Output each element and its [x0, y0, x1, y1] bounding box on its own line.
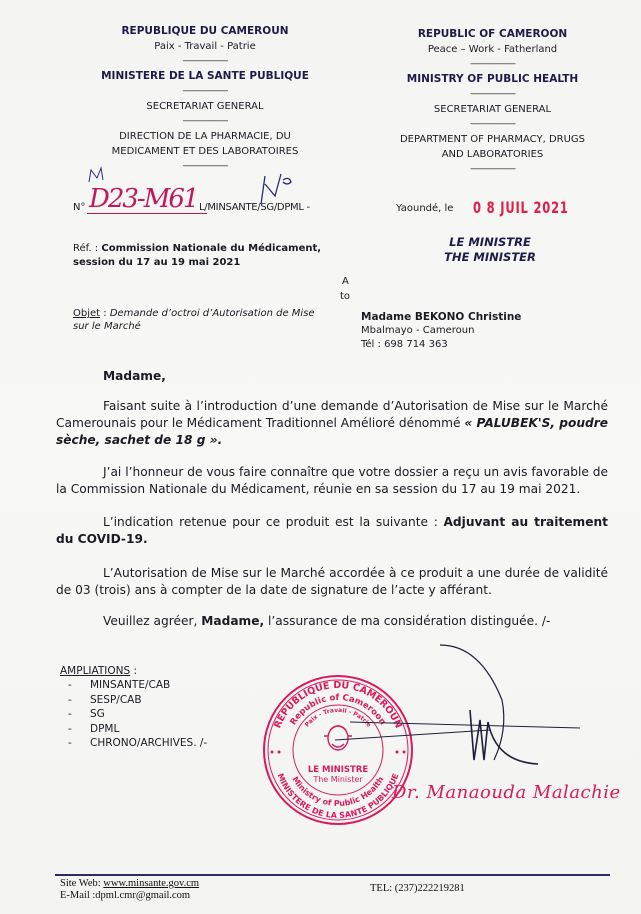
subject-line: Objet : Demande d’octroi d’Autorisation … — [73, 307, 333, 333]
separator: -------------------- — [90, 84, 320, 99]
initials-scribble-icon — [253, 166, 303, 211]
place-label: Yaoundé, le — [396, 203, 453, 214]
list-item: -SESP/CAB — [60, 693, 207, 708]
to-fr: A — [342, 276, 349, 287]
closing-part-c: l’assurance de ma considération distingu… — [264, 614, 550, 628]
ref-text-line2: session du 17 au 19 mai 2021 — [73, 257, 240, 268]
direction-fr-line2: MEDICAMENT ET DES LABORATOIRES — [90, 144, 320, 159]
recipient-city: Mbalmayo - Cameroun — [361, 324, 521, 338]
signatory-title: LE MINISTRE THE MINISTER — [400, 235, 580, 265]
ampliation-label: MINSANTE/CAB — [90, 679, 170, 691]
initials-mark-icon — [85, 166, 115, 186]
footer-web-line: Site Web: www.minsante.gov.cm — [60, 878, 199, 890]
paragraph-opinion: J’ai l’honneur de vous faire connaître q… — [56, 464, 608, 498]
paragraph-validity: L’Autorisation de Mise sur le Marché acc… — [56, 565, 608, 599]
title-fr: LE MINISTRE — [400, 235, 580, 250]
list-item: -SG — [60, 707, 207, 722]
ampliation-label: DPML — [90, 723, 119, 735]
motto-en: Peace – Work - Fatherland — [380, 42, 605, 57]
subject-label: Objet — [73, 308, 100, 319]
closing-part-b: Madame, — [201, 614, 264, 628]
department-en-line1: DEPARTMENT OF PHARMACY, DRUGS — [380, 132, 605, 147]
separator: -------------------- — [90, 54, 320, 69]
handwritten-number: D23-M61 — [89, 184, 197, 214]
footer-divider — [55, 874, 610, 876]
list-item: -CHRONO/ARCHIVES. /- — [60, 736, 207, 751]
header-french: REPUBLIQUE DU CAMEROUN Paix - Travail - … — [90, 24, 320, 174]
subject-text: Demande d’octroi d’Autorisation de Mise … — [73, 308, 315, 332]
country-en: REPUBLIC OF CAMEROON — [380, 27, 605, 42]
salutation: Madame, — [103, 368, 166, 385]
motto-fr: Paix - Travail - Patrie — [90, 39, 320, 54]
recipient-block: Madame BEKONO Christine Mbalmayo - Camer… — [361, 310, 521, 352]
separator: -------------------- — [380, 87, 605, 102]
paragraph-request: Faisant suite à l’introduction d’une dem… — [56, 398, 608, 449]
ampliations-title: AMPLIATIONS — [60, 665, 130, 677]
p3-text: L’indication retenue pour ce produit est… — [103, 515, 443, 529]
header-english: REPUBLIC OF CAMEROON Peace – Work - Fath… — [380, 27, 605, 177]
reference-line: Réf. : Commission Nationale du Médicamen… — [73, 242, 353, 270]
ministry-fr: MINISTERE DE LA SANTE PUBLIQUE — [90, 69, 320, 84]
separator: -------------------- — [380, 117, 605, 132]
separator: -------------------- — [380, 162, 605, 177]
separator: -------------------- — [90, 114, 320, 129]
paragraph-indication: L’indication retenue pour ce produit est… — [56, 514, 608, 548]
web-label: Site Web: — [60, 878, 103, 889]
closing-part-a: Veuillez agréer, — [103, 614, 201, 628]
department-en-line2: AND LABORATORIES — [380, 147, 605, 162]
footer-tel: TEL: (237)222219281 — [370, 883, 465, 895]
ampliations-title-line: AMPLIATIONS : — [60, 664, 207, 678]
ampliation-label: SG — [90, 708, 105, 720]
closing-formula: Veuillez agréer, Madame, l’assurance de … — [103, 613, 550, 630]
direction-fr-line1: DIRECTION DE LA PHARMACIE, DU — [90, 129, 320, 144]
ministry-en: MINISTRY OF PUBLIC HEALTH — [380, 72, 605, 87]
title-en: THE MINISTER — [400, 250, 580, 265]
subject-colon: : — [100, 308, 110, 319]
handwriting-underline — [87, 213, 207, 214]
signature-name: Dr. Manaouda Malachie — [392, 782, 621, 803]
signature-scribble-icon — [290, 630, 590, 780]
recipient-phone: Tél : 698 714 363 — [361, 338, 521, 352]
list-item: -DPML — [60, 722, 207, 737]
date-stamp: 0 8 JUIL 2021 — [473, 198, 569, 217]
secretariat-fr: SECRETARIAT GENERAL — [90, 99, 320, 114]
ampliations: AMPLIATIONS : -MINSANTE/CAB -SESP/CAB -S… — [60, 664, 207, 751]
ampliation-label: SESP/CAB — [90, 694, 142, 706]
ampliations-colon: : — [130, 665, 137, 677]
reference-number: N° D23-M61 L/MINSANTE/SG/DPML - — [73, 188, 353, 218]
footer-email[interactable]: E-Mail :dpml.cmr@gmail.com — [60, 890, 199, 902]
recipient-name: Madame BEKONO Christine — [361, 310, 521, 324]
footer-contacts: Site Web: www.minsante.gov.cm E-Mail :dp… — [60, 878, 199, 902]
ref-text-line1: Commission Nationale du Médicament, — [101, 243, 321, 254]
secretariat-en: SECRETARIAT GENERAL — [380, 102, 605, 117]
country-fr: REPUBLIQUE DU CAMEROUN — [90, 24, 320, 39]
ampliation-label: CHRONO/ARCHIVES. /- — [90, 737, 207, 749]
website-link[interactable]: www.minsante.gov.cm — [103, 878, 199, 889]
list-item: -MINSANTE/CAB — [60, 678, 207, 693]
number-prefix: N° — [73, 202, 85, 213]
letter-page: REPUBLIQUE DU CAMEROUN Paix - Travail - … — [0, 0, 641, 914]
separator: -------------------- — [380, 57, 605, 72]
ampliations-list: -MINSANTE/CAB -SESP/CAB -SG -DPML -CHRON… — [60, 678, 207, 751]
ref-label: Réf. : — [73, 243, 98, 254]
to-en: to — [340, 291, 350, 302]
